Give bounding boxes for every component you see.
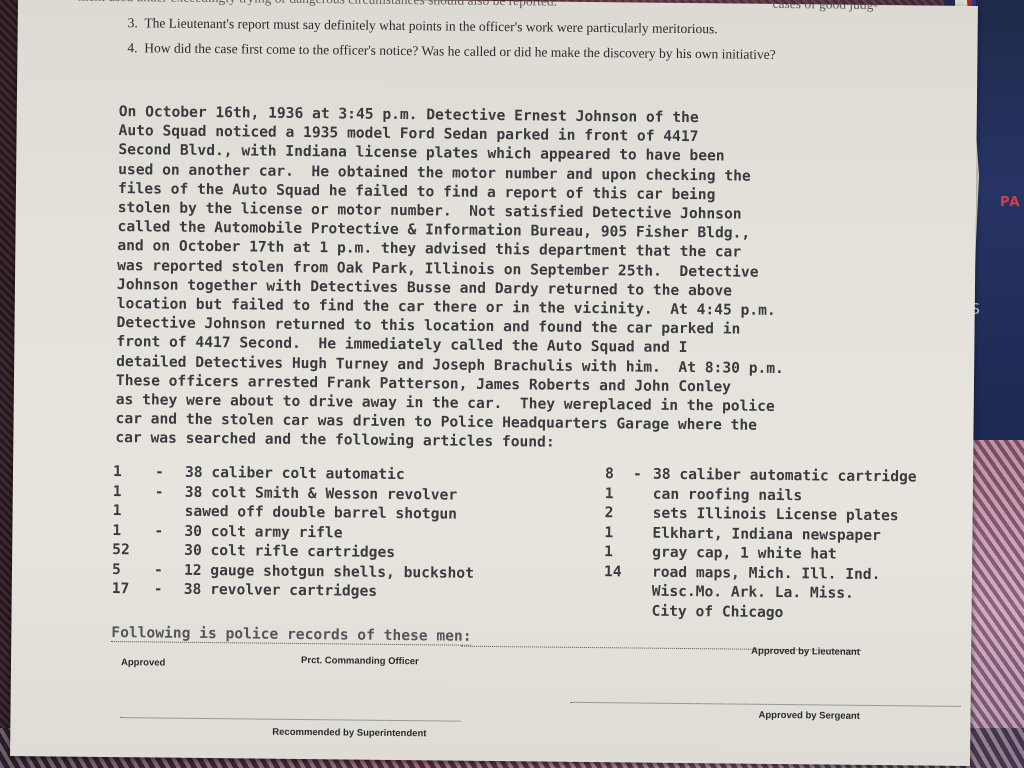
article-quantity: 1: [113, 462, 155, 482]
lieutenant-label: Approved by Lieutenant: [751, 646, 860, 658]
article-quantity: 5: [112, 560, 154, 580]
article-quantity: 1: [113, 501, 155, 521]
article-quantity: 52: [112, 540, 154, 560]
sergeant-label: Approved by Sergeant: [758, 710, 859, 722]
article-dash: [632, 562, 652, 582]
article-row: City of Chicago: [603, 601, 915, 624]
article-quantity: [603, 601, 631, 621]
article-dash: [154, 540, 184, 560]
article-description: Wisc.Mo. Ark. La. Miss.: [652, 582, 854, 604]
article-quantity: 2: [605, 503, 633, 523]
article-dash: -: [154, 560, 184, 580]
article-quantity: 1: [112, 521, 154, 541]
article-description: City of Chicago: [651, 601, 783, 622]
article-quantity: 1: [605, 484, 633, 504]
article-quantity: 14: [604, 562, 632, 582]
article-dash: [633, 484, 653, 504]
article-dash: [633, 503, 653, 523]
article-dash: [632, 581, 652, 601]
article-dash: [155, 501, 185, 521]
instruction-item-3: 3. The Lieutenant's report must say defi…: [78, 13, 878, 40]
articles-list-left: 1-38 caliber colt automatic1-38 colt Smi…: [112, 462, 475, 602]
article-description: 38 revolver cartridges: [184, 580, 377, 602]
article-quantity: 8: [605, 464, 633, 484]
article-description: 30 colt army rifle: [184, 521, 342, 542]
superintendent-label: Recommended by Superintendent: [272, 727, 426, 740]
article-dash: -: [155, 482, 185, 502]
article-dash: -: [633, 464, 653, 484]
signature-line-superintendent: [120, 717, 460, 722]
article-dash: -: [155, 462, 185, 482]
article-dash: [631, 601, 651, 621]
article-quantity: 17: [112, 579, 154, 599]
police-report-sheet: ment used under exceedingly trying or da…: [10, 0, 978, 766]
articles-list-right: 8-38 caliber automatic cartridge1can roo…: [603, 464, 916, 623]
printed-instructions: ment used under exceedingly trying or da…: [77, 0, 878, 65]
article-quantity: 1: [604, 523, 632, 543]
article-description: 38 caliber colt automatic: [185, 463, 405, 485]
article-quantity: [604, 581, 632, 601]
article-description: gray cap, 1 white hat: [652, 543, 837, 564]
signature-line-sergeant: [571, 702, 961, 707]
article-dash: [632, 523, 652, 543]
article-dash: [632, 542, 652, 562]
booklet-cover-text: PA: [1000, 195, 1020, 210]
article-row: 17-38 revolver cartridges: [112, 579, 474, 602]
plaid-fabric-right: [964, 440, 1024, 768]
article-description: can roofing nails: [653, 484, 803, 505]
article-description: 30 colt rifle cartridges: [184, 541, 395, 563]
article-description: sets Illinois License plates: [653, 504, 899, 526]
article-dash: -: [154, 579, 184, 599]
instruction-item-4: 4. How did the case first come to the of…: [77, 38, 877, 65]
article-quantity: 1: [113, 482, 155, 502]
article-description: road maps, Mich. Ill. Ind.: [652, 562, 881, 584]
approved-label: Approved: [121, 657, 165, 668]
article-description: Elkhart, Indiana newspaper: [652, 523, 881, 545]
report-narrative: On October 16th, 1936 at 3:45 p.m. Detec…: [115, 102, 959, 456]
article-dash: -: [154, 521, 184, 541]
article-quantity: 1: [604, 542, 632, 562]
commanding-officer-label: Prct. Commanding Officer: [301, 655, 419, 667]
police-records-heading: Following is police records of these men…: [111, 624, 471, 646]
